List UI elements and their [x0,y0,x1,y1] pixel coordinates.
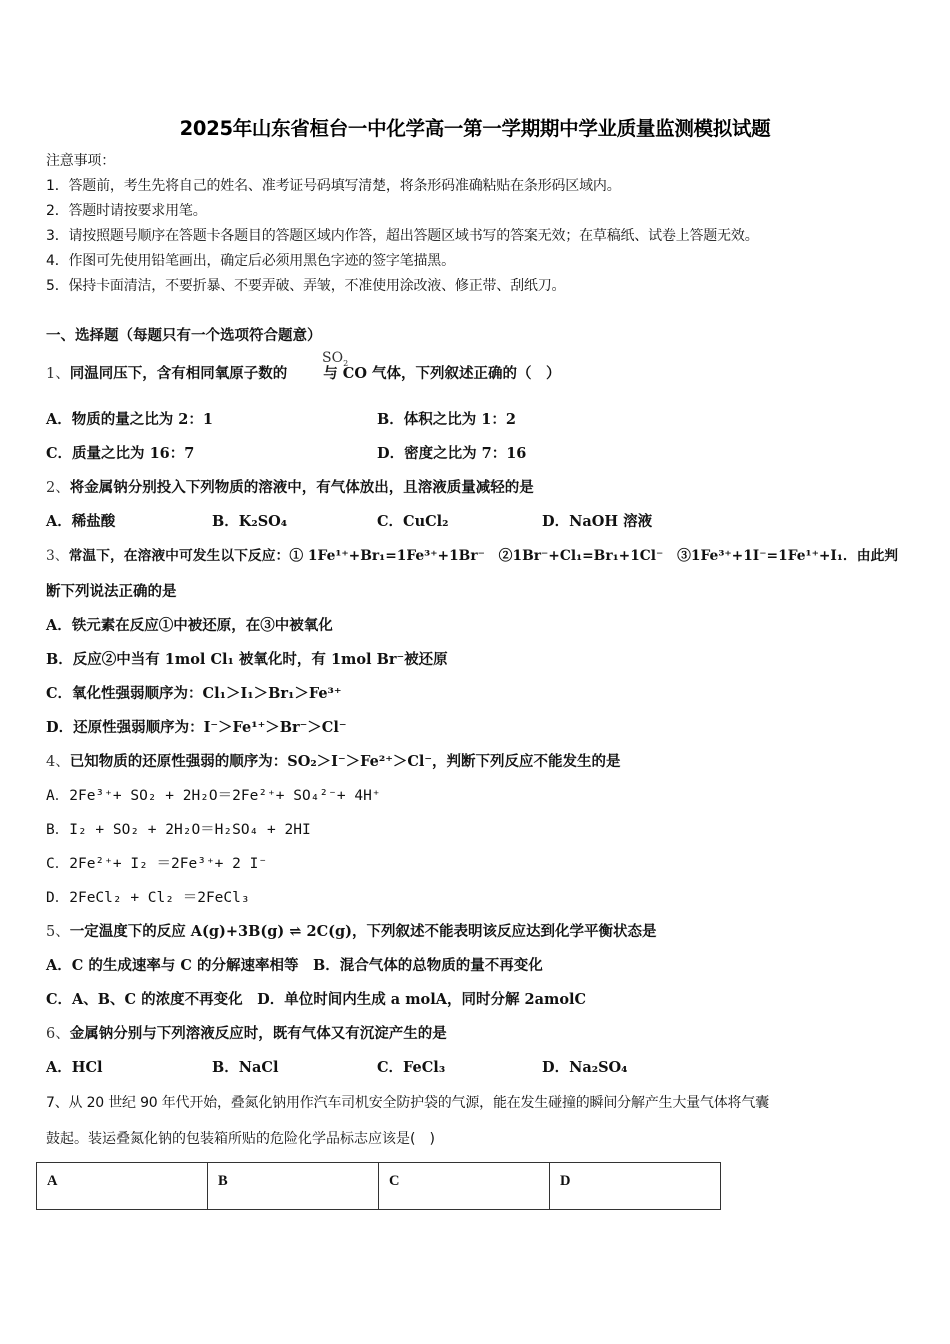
question-text: 已知物质的还原性强弱的顺序为：SO₂＞I⁻＞Fe²⁺＞Cl⁻，判断下列反应不能发… [70,753,621,770]
question-number: 5、 [46,924,70,940]
option-a[interactable]: A．物质的量之比为 2：1 [46,410,213,430]
table-cell-d[interactable]: D [550,1163,721,1210]
question-1-stem: 1、同温同压下，含有相同氧原子数的与 CO 气体，下列叙述正确的（ ） [46,364,561,384]
question-number: 4、 [46,754,70,770]
note-item: 2．答题时请按要求用笔。 [46,201,207,221]
note-item: 4．作图可先使用铅笔画出，确定后必须用黑色字迹的签字笔描黑。 [46,251,455,271]
option-d[interactable]: D．密度之比为 7：16 [377,444,526,464]
options-row-cd[interactable]: C．A、B、C 的浓度不再变化 D．单位时间内生成 a molA，同时分解 2a… [46,990,586,1010]
note-item: 5．保持卡面清洁，不要折暴、不要弄破、弄皱，不准使用涂改液、修正带、刮纸刀。 [46,276,565,296]
option-b[interactable]: B．反应②中当有 1mol Cl₁ 被氧化时，有 1mol Br⁻被还原 [46,650,448,670]
option-b[interactable]: B．体积之比为 1：2 [377,410,516,430]
question-text: 常温下，在溶液中可发生以下反应：① 1Fe¹⁺+Br₁=1Fe³⁺+1Br⁻ ②… [69,548,899,564]
question-number: 6、 [46,1026,70,1042]
page-title: 2025年山东省桓台一中化学高一第一学期期中学业质量监测模拟试题 [0,113,950,141]
note-item: 3．请按照题号顺序在答题卡各题目的答题区域内作答，超出答题区域书写的答案无效；在… [46,226,759,246]
table-cell-c[interactable]: C [379,1163,550,1210]
so2-formula: SO2 [322,350,348,366]
question-text: 金属钠分别与下列溶液反应时，既有气体又有沉淀产生的是 [70,1025,447,1042]
option-b[interactable]: B．NaCl [212,1058,278,1078]
option-a[interactable]: A．铁元素在反应①中被还原，在③中被氧化 [46,616,333,636]
option-a[interactable]: A．HCl [46,1058,103,1078]
option-c[interactable]: C．CuCl₂ [377,512,449,532]
options-row-ab[interactable]: A．C 的生成速率与 C 的分解速率相等 B．混合气体的总物质的量不再变化 [46,956,543,976]
question-number: 1、 [46,366,70,382]
option-d[interactable]: D．还原性强弱顺序为：I⁻＞Fe¹⁺＞Br⁻＞Cl⁻ [46,718,347,738]
option-c[interactable]: C．FeCl₃ [377,1058,445,1078]
option-d[interactable]: D．2FeCl₂ + Cl₂ ＝2FeCl₃ [46,888,250,908]
note-item: 1．答题前，考生先将自己的姓名、准考证号码填写清楚，将条形码准确粘贴在条形码区域… [46,176,621,196]
option-c[interactable]: C．质量之比为 16：7 [46,444,194,464]
question-text: 从 20 世纪 90 年代开始，叠氮化钠用作汽车司机安全防护袋的气源，能在发生碰… [69,1095,769,1111]
question-text: 将金属钠分别投入下列物质的溶液中，有气体放出，且溶液质量减轻的是 [70,479,534,496]
question-5-stem: 5、一定温度下的反应 A(g)+3B(g) ⇌ 2C(g)，下列叙述不能表明该反… [46,922,656,942]
option-b[interactable]: B．K₂SO₄ [212,512,287,532]
question-2-stem: 2、将金属钠分别投入下列物质的溶液中，有气体放出，且溶液质量减轻的是 [46,478,534,498]
question-7-stem-cont: 鼓起。装运叠氮化钠的包装箱所贴的危险化学品标志应该是( ) [46,1129,435,1149]
question-text: 与 CO 气体，下列叙述正确的（ ） [323,365,560,382]
table-cell-a[interactable]: A [37,1163,208,1210]
exam-page: 2025年山东省桓台一中化学高一第一学期期中学业质量监测模拟试题 注意事项： 1… [0,0,950,1344]
option-d[interactable]: D．Na₂SO₄ [542,1058,628,1078]
option-d[interactable]: D．NaOH 溶液 [542,512,652,532]
notes-heading: 注意事项： [46,151,115,171]
option-c[interactable]: C．2Fe²⁺+ I₂ ＝2Fe³⁺+ 2 I⁻ [46,854,267,874]
question-7-stem: 7、从 20 世纪 90 年代开始，叠氮化钠用作汽车司机安全防护袋的气源，能在发… [46,1093,769,1113]
question-number: 2、 [46,480,70,496]
question-number: 3、 [46,548,69,564]
option-a[interactable]: A．稀盐酸 [46,512,115,532]
section-heading: 一、选择题（每题只有一个选项符合题意） [46,326,322,346]
question-number: 7、 [46,1095,69,1111]
option-a[interactable]: A．2Fe³⁺+ SO₂ + 2H₂O＝2Fe²⁺+ SO₄²⁻+ 4H⁺ [46,786,381,806]
table-cell-b[interactable]: B [208,1163,379,1210]
question-3-stem-cont: 断下列说法正确的是 [46,582,177,602]
question-6-stem: 6、金属钠分别与下列溶液反应时，既有气体又有沉淀产生的是 [46,1024,447,1044]
option-c[interactable]: C．氧化性强弱顺序为：Cl₁＞I₁＞Br₁＞Fe³⁺ [46,684,342,704]
question-4-stem: 4、已知物质的还原性强弱的顺序为：SO₂＞I⁻＞Fe²⁺＞Cl⁻，判断下列反应不… [46,752,621,772]
hazard-sign-table: A B C D [36,1162,721,1210]
question-text: 同温同压下，含有相同氧原子数的 [70,365,288,382]
question-text: 一定温度下的反应 A(g)+3B(g) ⇌ 2C(g)，下列叙述不能表明该反应达… [70,923,657,940]
question-3-stem: 3、常温下，在溶液中可发生以下反应：① 1Fe¹⁺+Br₁=1Fe³⁺+1Br⁻… [46,546,898,566]
option-b[interactable]: B．I₂ + SO₂ + 2H₂O＝H₂SO₄ + 2HI [46,820,311,840]
